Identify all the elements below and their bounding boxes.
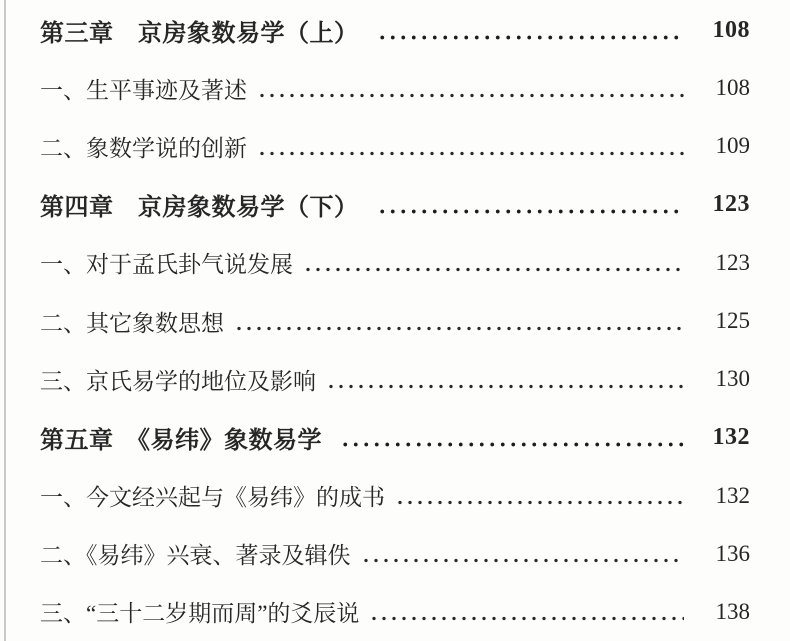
toc-entry-page: 123 — [698, 250, 750, 276]
toc-list: 第三章 京房象数易学（上） 108 一、生平事迹及著述 108 二、象数学说的创… — [0, 1, 790, 641]
toc-entry: 一、生平事迹及著述 108 — [40, 59, 750, 117]
toc-entry-page: 132 — [698, 483, 750, 509]
dot-leader — [369, 616, 684, 621]
dot-leader — [326, 384, 684, 389]
toc-entry-page: 138 — [698, 599, 750, 625]
toc-entry: 二、象数学说的创新 109 — [40, 117, 750, 175]
toc-entry: 第四章 京房象数易学（下） 123 — [40, 176, 750, 234]
dot-leader — [257, 151, 684, 156]
dot-leader — [361, 558, 685, 563]
toc-entry-title: 二、其它象数思想 — [40, 305, 224, 338]
toc-entry: 一、对于孟氏卦气说发展 123 — [40, 234, 750, 292]
toc-entry-page: 130 — [698, 366, 750, 392]
toc-entry: 一、今文经兴起与《易纬》的成书 132 — [40, 467, 750, 525]
toc-entry-page: 136 — [698, 541, 750, 567]
toc-entry: 二、其它象数思想 125 — [40, 292, 750, 350]
toc-entry-title: 二、《易纬》兴衰、著录及辑佚 — [40, 537, 351, 570]
toc-entry-title: 三、京氏易学的地位及影响 — [40, 363, 316, 396]
toc-entry-page: 108 — [698, 17, 750, 44]
dot-leader — [257, 93, 684, 98]
toc-entry-title: 一、生平事迹及著述 — [40, 72, 247, 105]
toc-entry-page: 108 — [698, 75, 750, 101]
toc-entry-title: 一、对于孟氏卦气说发展 — [40, 246, 293, 279]
toc-entry-page: 132 — [698, 424, 750, 451]
dot-leader — [234, 326, 684, 331]
toc-entry-title: 第五章 《易纬》象数易学 — [40, 420, 322, 455]
dot-leader — [303, 267, 684, 272]
toc-entry-page: 109 — [698, 133, 750, 159]
toc-entry: 二、《易纬》兴衰、著录及辑佚 136 — [40, 525, 750, 583]
toc-entry: 第五章 《易纬》象数易学 132 — [40, 408, 750, 466]
toc-entry-title: 第四章 京房象数易学（下） — [40, 187, 359, 222]
dot-leader — [377, 209, 685, 214]
toc-entry-page: 125 — [698, 308, 750, 334]
toc-entry-page: 123 — [698, 191, 750, 218]
toc-page: 第三章 京房象数易学（上） 108 一、生平事迹及著述 108 二、象数学说的创… — [0, 0, 790, 641]
dot-leader — [340, 442, 684, 447]
toc-entry: 三、京氏易学的地位及影响 130 — [40, 350, 750, 408]
toc-entry-title: 一、今文经兴起与《易纬》的成书 — [40, 479, 385, 512]
toc-entry: 第三章 京房象数易学（上） 108 — [40, 1, 750, 59]
toc-entry-title: 三、“三十二岁期而周”的爻辰说 — [40, 595, 359, 628]
dot-leader — [377, 35, 685, 40]
dot-leader — [395, 500, 684, 505]
toc-entry-title: 二、象数学说的创新 — [40, 130, 247, 163]
toc-entry-title: 第三章 京房象数易学（上） — [40, 13, 359, 48]
toc-entry: 三、“三十二岁期而周”的爻辰说 138 — [40, 583, 750, 641]
